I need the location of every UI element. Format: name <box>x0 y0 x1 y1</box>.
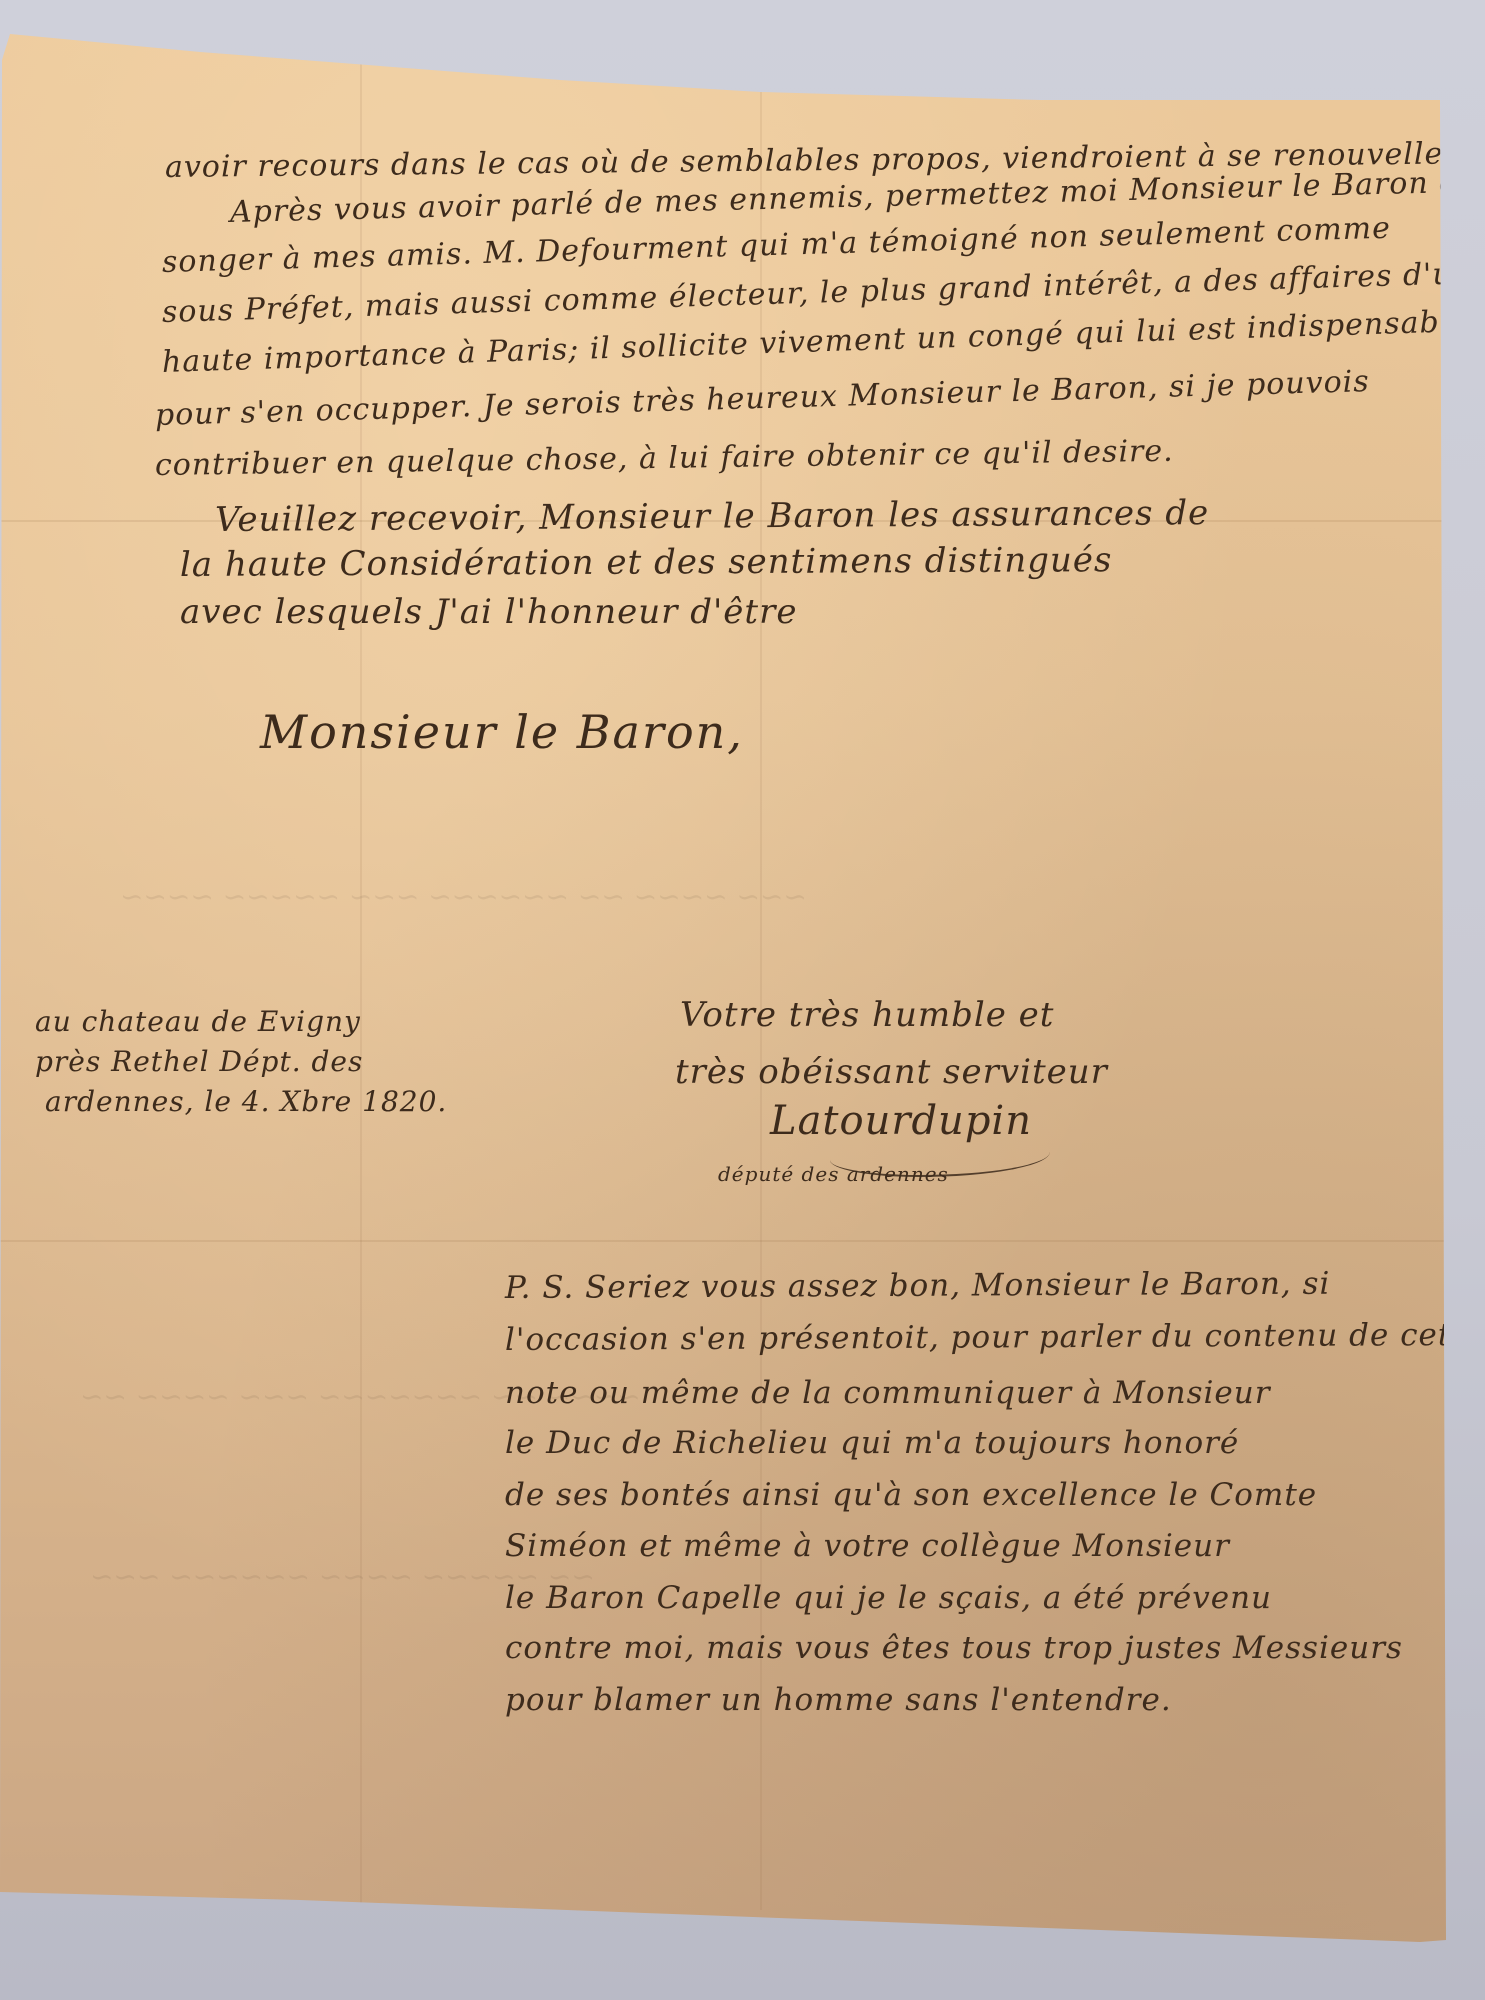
ink-bleed-through: ~~~ ~~~~ ~~ ~~~~~~ ~~~ ~~~~~ ~~~~ <box>120 880 807 913</box>
closing-line: la haute Considération et des sentimens … <box>180 540 1113 585</box>
salutation: Monsieur le Baron, <box>260 705 744 759</box>
place-line: près Rethel Dépt. des <box>35 1045 363 1078</box>
place-line: au chateau de Evigny <box>35 1005 361 1038</box>
postscript-line: contre moi, mais vous êtes tous trop jus… <box>505 1630 1403 1666</box>
postscript-line: note ou même de la communiquer à Monsieu… <box>505 1375 1271 1411</box>
postscript-line: Siméon et même à votre collègue Monsieur <box>505 1528 1230 1564</box>
postscript-line: l'occasion s'en présentoit, pour parler … <box>505 1317 1484 1358</box>
sign-off-line: Votre très humble et <box>680 995 1054 1035</box>
postscript-line: pour blamer un homme sans l'entendre. <box>505 1682 1172 1718</box>
body-line: contribuer en quelque chose, à lui faire… <box>155 434 1174 483</box>
paper-fold-line <box>0 1240 1485 1242</box>
closing-line: avec lesquels J'ai l'honneur d'être <box>180 592 797 632</box>
letter-page: ~~~ ~~~~ ~~ ~~~~~~ ~~~ ~~~~~ ~~~~ ~~~~ ~… <box>0 0 1485 2000</box>
closing-line: Veuillez recevoir, Monsieur le Baron les… <box>215 493 1210 540</box>
paper-crease <box>360 60 362 1910</box>
signature-title: député des ardennes <box>718 1162 949 1186</box>
postscript-line: de ses bontés ainsi qu'à son excellence … <box>505 1477 1317 1513</box>
sign-off-line: très obéissant serviteur <box>675 1052 1108 1092</box>
postscript-line: le Baron Capelle qui je le sçais, a été … <box>505 1580 1272 1616</box>
postscript-line: P. S. Seriez vous assez bon, Monsieur le… <box>505 1266 1331 1306</box>
postscript-line: le Duc de Richelieu qui m'a toujours hon… <box>505 1425 1239 1461</box>
date-line: ardennes, le 4. Xbre 1820. <box>45 1085 447 1118</box>
